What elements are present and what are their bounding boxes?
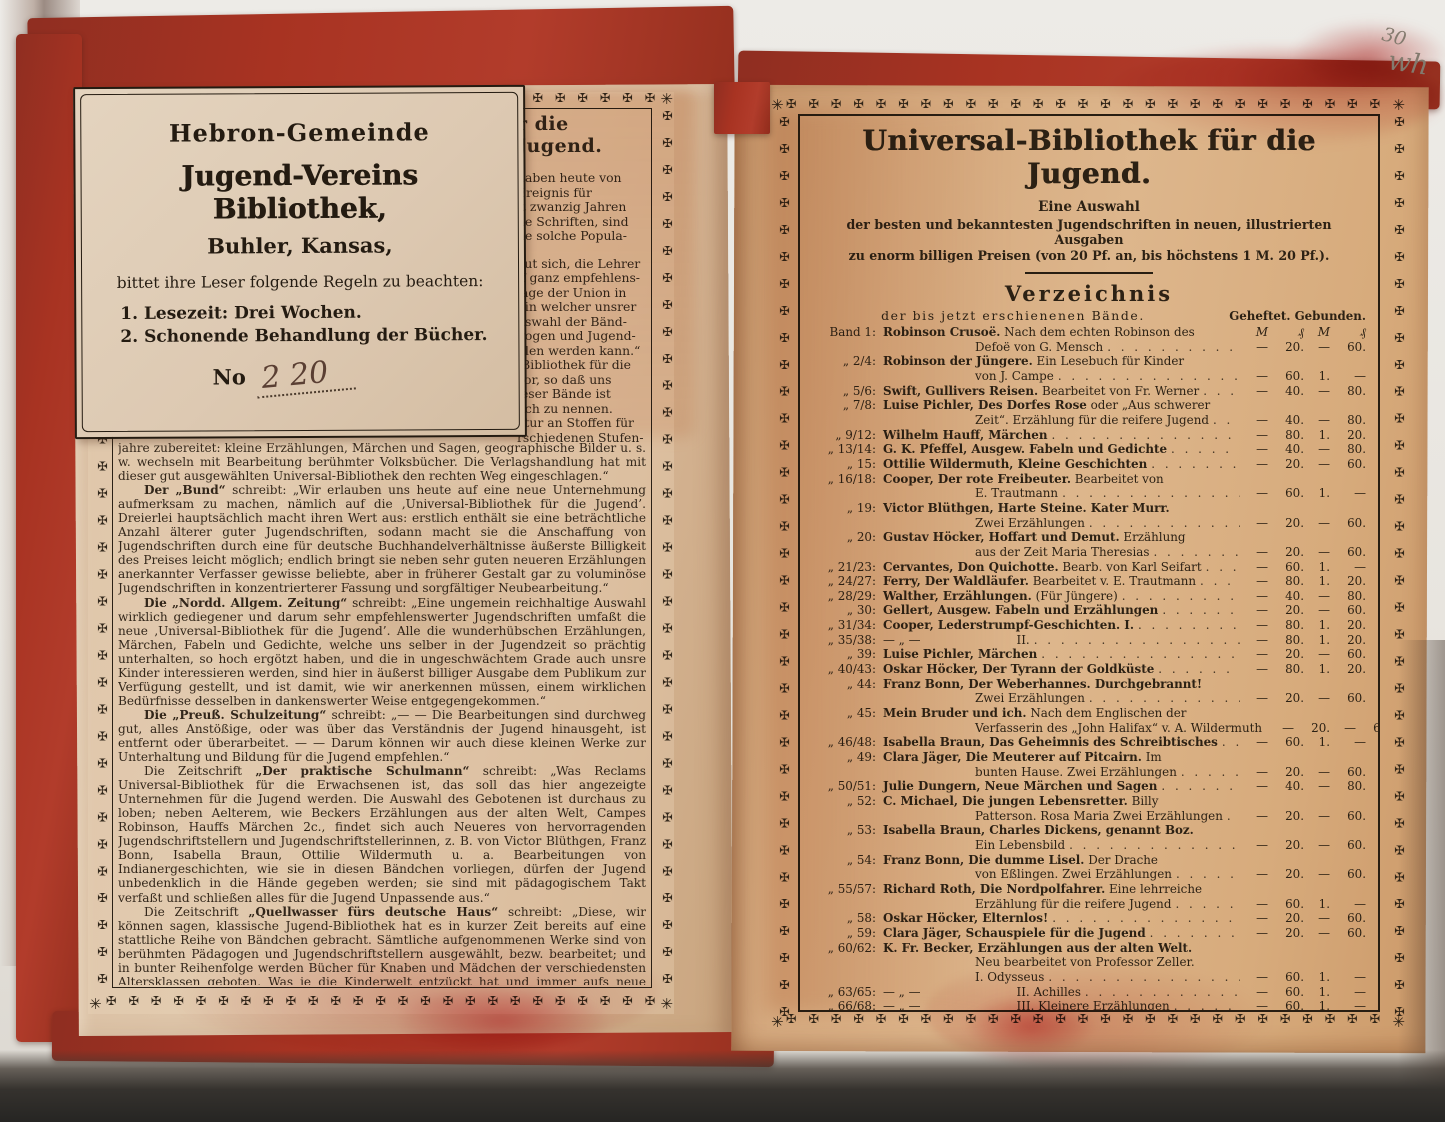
price-value: 60. bbox=[1330, 516, 1366, 531]
entry-rest: von J. Campe bbox=[975, 369, 1054, 383]
catalog-row: „ 63/65:— „ —II. Achilles . . . . . . . … bbox=[812, 985, 1366, 1000]
price-value: 20. bbox=[1268, 340, 1304, 355]
dot-leader: . . . . . . . . . . . . . . . . . . . . … bbox=[1051, 428, 1240, 443]
fragment-line: vor, so daß uns bbox=[517, 373, 649, 388]
catalog-line: „ 35/38:— „ —II. . . . . . . . . . . . .… bbox=[812, 633, 1366, 648]
price-value: 60. bbox=[1330, 838, 1366, 853]
catalog-row: „ 60/62:K. Fr. Becker, Erzählungen aus d… bbox=[812, 941, 1366, 985]
dot-leader: . . . . . . . . . . . . . . . . . . . . … bbox=[1052, 911, 1240, 926]
dot-leader: . . . . . . . . . . . . . . . . . . . . … bbox=[1222, 735, 1240, 750]
table-shadow bbox=[1398, 640, 1445, 1100]
entry-text: — „ —II. bbox=[883, 633, 1030, 648]
price-value: 60. bbox=[1330, 603, 1366, 618]
fragment-line: eut sich, die Lehrer bbox=[517, 257, 649, 272]
price-value: — bbox=[1304, 926, 1330, 941]
entry-rest: Nach dem echten Robinson des bbox=[1000, 325, 1194, 339]
dot-leader: . . . . . . . . . . . . . . . . . . . . … bbox=[1151, 457, 1240, 472]
entry-rest: Verfasserin des „John Halifax“ v. A. Wil… bbox=[975, 721, 1262, 735]
bookplate-congregation: Hebron-Gemeinde bbox=[101, 117, 497, 148]
entry-text: Luise Pichler, Des Dorfes Rose oder „Aus… bbox=[883, 398, 1210, 413]
price-value: 20. bbox=[1268, 926, 1304, 941]
entry-rest: Erzählung für die reifere Jugend bbox=[975, 897, 1171, 911]
price-value: 60. bbox=[1330, 809, 1366, 824]
price-value: 80. bbox=[1330, 413, 1366, 428]
subtitle-line: der besten und bekanntesten Jugendschrif… bbox=[812, 217, 1366, 247]
entry-text: Richard Roth, Die Nordpolfahrer. Eine le… bbox=[883, 882, 1202, 897]
entry-title: Richard Roth, Die Nordpolfahrer. bbox=[883, 882, 1105, 896]
currency-symbol: ₰ bbox=[1268, 325, 1304, 340]
catalog-line: „ 13/14:G. K. Pfeffel, Ausgew. Fabeln un… bbox=[812, 442, 1366, 457]
price-value: 60. bbox=[1330, 765, 1366, 780]
entry-rest: Ein Lebensbild bbox=[975, 838, 1065, 852]
price-value: 40. bbox=[1268, 384, 1304, 399]
entry-title: Julie Dungern, Neue Märchen und Sagen bbox=[883, 779, 1157, 793]
price-value: — bbox=[1242, 384, 1268, 399]
entry-text: Luise Pichler, Märchen bbox=[883, 647, 1037, 662]
dot-leader: . . . . . . . . . . . . . . . . . . . . … bbox=[1034, 633, 1240, 648]
catalog-line: Zwei Erzählungen . . . . . . . . . . . .… bbox=[812, 691, 1366, 706]
entry-text: Robinson der Jüngere. Ein Lesebuch für K… bbox=[883, 354, 1184, 369]
entry-text: Ferry, Der Waldläufer. Bearbeitet v. E. … bbox=[883, 574, 1196, 589]
catalog-line: „ 45:Mein Bruder und ich. Nach dem Engli… bbox=[812, 706, 1366, 721]
catalog-row: „ 46/48:Isabella Braun, Das Geheimnis de… bbox=[812, 735, 1366, 750]
dot-leader: . . . . . . . . . . . . . . . . . . . . … bbox=[1058, 369, 1240, 384]
catalog-line: „ 54:Franz Bonn, Die dumme Lisel. Der Dr… bbox=[812, 853, 1366, 868]
fragment-line: Ereignis für bbox=[517, 186, 649, 201]
price-value: — bbox=[1242, 574, 1268, 589]
band-number: „ 53: bbox=[812, 823, 883, 838]
catalog-line: Erzählung für die reifere Jugend . . . .… bbox=[812, 897, 1366, 912]
price-value: — bbox=[1304, 691, 1330, 706]
entry-rest: Billy bbox=[1128, 794, 1159, 808]
catalog-line: „ 58:Oskar Höcker, Elternlos! . . . . . … bbox=[812, 911, 1366, 926]
catalog-line: bunten Hause. Zwei Erzählungen . . . . .… bbox=[812, 765, 1366, 780]
paragraph-lead: „Quellwasser fürs deutsche Haus“ bbox=[248, 905, 498, 919]
entry-rest: Neu bearbeitet von Professor Zeller. bbox=[975, 955, 1195, 969]
band-number: „ 21/23: bbox=[812, 560, 883, 575]
entry-rest: Bearb. von Karl Seifart bbox=[1059, 560, 1202, 574]
catalog-line: „ 30:Gellert, Ausgew. Fabeln und Erzählu… bbox=[812, 603, 1366, 618]
catalog-row: „ 50/51:Julie Dungern, Neue Märchen und … bbox=[812, 779, 1366, 794]
price-value: 20. bbox=[1268, 516, 1304, 531]
catalog-line: „ 49:Clara Jäger, Die Meuterer auf Pitca… bbox=[812, 750, 1366, 765]
bookplate-rules: 1. Lesezeit: Drei Wochen. 2. Schonende B… bbox=[102, 302, 498, 347]
fragment-line: uswahl der Bänd- bbox=[517, 315, 649, 330]
dot-leader: . . . . . . . . . . . . . . . . . . . . … bbox=[1203, 384, 1240, 399]
fragment-line: hlen werden kann.“ bbox=[517, 344, 649, 359]
dot-leader: . . . . . . . . . . . . . . . . . . . . … bbox=[1089, 516, 1240, 531]
entry-title: Cervantes, Don Quichotte. bbox=[883, 560, 1059, 574]
price-value: — bbox=[1242, 369, 1268, 384]
catalog-line: Defoë von G. Mensch . . . . . . . . . . … bbox=[812, 340, 1366, 355]
price-value: — bbox=[1242, 735, 1268, 750]
entry-text: — „ —III. Kleinere Erzählungen bbox=[883, 999, 1170, 1012]
band-number: „ 7/8: bbox=[812, 398, 883, 413]
band-number: „ 35/38: bbox=[812, 633, 883, 648]
price-value: 80. bbox=[1330, 442, 1366, 457]
price-value: 20. bbox=[1268, 545, 1304, 560]
entry-text: von Eßlingen. Zwei Erzählungen bbox=[883, 867, 1172, 882]
right-page-rule-border: Universal-Bibliothek für die Jugend. Ein… bbox=[798, 114, 1380, 1012]
corner-rosette-icon: ✳ bbox=[89, 997, 102, 1012]
catalog-row: „ 5/6:Swift, Gullivers Reisen. Bearbeite… bbox=[812, 384, 1366, 399]
book-cover-edge-left bbox=[16, 34, 82, 1042]
entry-title: Victor Blüthgen, Harte Steine. Kater Mur… bbox=[883, 501, 1170, 515]
left-fragment-lines: haben heute vonEreignis fürit zwanzig Ja… bbox=[517, 171, 649, 445]
dot-leader: . . . . . . . . . . . . . . . . . . . . … bbox=[1048, 970, 1240, 985]
price-value: 20. bbox=[1330, 428, 1366, 443]
price-value: — bbox=[1304, 516, 1330, 531]
price-value: — bbox=[1242, 926, 1268, 941]
entry-rest: Im bbox=[1142, 750, 1162, 764]
dot-leader: . . . . . . . . . . . . . . . . . . . . … bbox=[1175, 897, 1240, 912]
dot-leader: . . . . . . . . . . . . . . . . . . . . … bbox=[1174, 999, 1240, 1012]
entry-rest: von Eßlingen. Zwei Erzählungen bbox=[975, 867, 1172, 881]
price-value: — bbox=[1304, 457, 1330, 472]
fragment-line: if ganz empfehlens- bbox=[517, 271, 649, 286]
price-value: 60. bbox=[1330, 457, 1366, 472]
bookplate-rule-1: 1. Lesezeit: Drei Wochen. bbox=[102, 302, 498, 324]
price-value: 20. bbox=[1268, 647, 1304, 662]
price-value: — bbox=[1242, 545, 1268, 560]
price-value: 60. bbox=[1268, 735, 1304, 750]
band-number: „ 9/12: bbox=[812, 428, 883, 443]
price-value: 20. bbox=[1330, 618, 1366, 633]
fragment-line: ne solche Popula- bbox=[517, 229, 649, 244]
price-value: 60. bbox=[1330, 911, 1366, 926]
entry-title: Cooper, Lederstrumpf-Geschichten. I. bbox=[883, 618, 1134, 632]
entry-part: III. Kleinere Erzählungen bbox=[1017, 999, 1170, 1012]
catalog-row: „ 55/57:Richard Roth, Die Nordpolfahrer.… bbox=[812, 882, 1366, 911]
catalog-line: I. Odysseus . . . . . . . . . . . . . . … bbox=[812, 970, 1366, 985]
catalog-row: „ 30:Gellert, Ausgew. Fabeln und Erzählu… bbox=[812, 603, 1366, 618]
price-value: 60. bbox=[1268, 985, 1304, 1000]
paragraph-text: schreibt: „Was Reclams Universal-Bibliot… bbox=[118, 764, 646, 904]
price-value: — bbox=[1242, 838, 1268, 853]
price-value: 20. bbox=[1268, 867, 1304, 882]
entry-text: Franz Bonn, Die dumme Lisel. Der Drache bbox=[883, 853, 1158, 868]
price-value: 60. bbox=[1268, 897, 1304, 912]
bookplate-location: Buhler, Kansas, bbox=[102, 232, 498, 259]
dot-leader: . . . . . . . . . . . . . . . . . . . . … bbox=[1122, 589, 1240, 604]
price-value: 40. bbox=[1268, 589, 1304, 604]
left-paragraphs: jahre zubereitet: kleine Erzählungen, Mä… bbox=[118, 441, 646, 985]
catalog-line: „ 9/12:Wilhelm Hauff, Märchen . . . . . … bbox=[812, 428, 1366, 443]
bookplate-number-label: No bbox=[213, 364, 246, 389]
band-number: „ 63/65: bbox=[812, 985, 883, 1000]
catalog-line: „ 20:Gustav Höcker, Hoffart und Demut. E… bbox=[812, 530, 1366, 545]
catalog-line: „ 5/6:Swift, Gullivers Reisen. Bearbeite… bbox=[812, 384, 1366, 399]
dot-leader: . . . . . . . . . . . . . . . . . . . . … bbox=[1227, 809, 1240, 824]
dot-leader: . . . . . . . . . . . . . . . . . . . . … bbox=[1107, 340, 1240, 355]
catalog-line: „ 46/48:Isabella Braun, Das Geheimnis de… bbox=[812, 735, 1366, 750]
catalog-line: „ 28/29:Walther, Erzählungen. (Für Jünge… bbox=[812, 589, 1366, 604]
entry-rest: Der Drache bbox=[1084, 853, 1157, 867]
fragment-line: lage der Union in bbox=[517, 286, 649, 301]
price-value: 20. bbox=[1268, 765, 1304, 780]
price-value: — bbox=[1242, 560, 1268, 575]
paragraph-text: jahre zubereitet: kleine Erzählungen, Mä… bbox=[118, 441, 646, 483]
catalog-row: „ 40/43:Oskar Höcker, Der Tyrann der Gol… bbox=[812, 662, 1366, 677]
paragraph-lead-pre: Die Zeitschrift bbox=[144, 905, 248, 919]
price-value: — bbox=[1330, 486, 1366, 501]
entry-title: Franz Bonn, Der Weberhannes. Durchgebran… bbox=[883, 677, 1202, 691]
entry-text: Wilhelm Hauff, Märchen bbox=[883, 428, 1047, 443]
book-cover-gutter bbox=[714, 82, 770, 134]
entry-text: Cooper, Lederstrumpf-Geschichten. I. bbox=[883, 618, 1134, 633]
entry-text: Victor Blüthgen, Harte Steine. Kater Mur… bbox=[883, 501, 1170, 516]
price-value: — bbox=[1242, 589, 1268, 604]
entry-title: Isabella Braun, Das Geheimnis des Schrei… bbox=[883, 735, 1218, 749]
price-value: 60. bbox=[1268, 999, 1304, 1012]
paragraph-lead: Der „Bund“ bbox=[144, 483, 226, 497]
catalog-line: von J. Campe . . . . . . . . . . . . . .… bbox=[812, 369, 1366, 384]
price-value: 60. bbox=[1330, 691, 1366, 706]
catalog-line: „ 52:C. Michael, Die jungen Lebensretter… bbox=[812, 794, 1366, 809]
catalog-row: „ 21/23:Cervantes, Don Quichotte. Bearb.… bbox=[812, 560, 1366, 575]
catalog-row: „ 24/27:Ferry, Der Waldläufer. Bearbeite… bbox=[812, 574, 1366, 589]
band-number: „ 24/27: bbox=[812, 574, 883, 589]
price-value: 80. bbox=[1330, 589, 1366, 604]
catalog-line: aus der Zeit Maria Theresias . . . . . .… bbox=[812, 545, 1366, 560]
band-number: „ 59: bbox=[812, 926, 883, 941]
price-value: 1. bbox=[1304, 618, 1330, 633]
entry-text: E. Trautmann bbox=[883, 486, 1058, 501]
dot-leader: . . . . . . . . . . . . . . . . . . . . … bbox=[1150, 926, 1240, 941]
entry-title: Gellert, Ausgew. Fabeln und Erzählungen bbox=[883, 603, 1158, 617]
catalog-line: „ 50/51:Julie Dungern, Neue Märchen und … bbox=[812, 779, 1366, 794]
price-value: 60. bbox=[1330, 867, 1366, 882]
price-value: — bbox=[1242, 691, 1268, 706]
entry-rest: (Für Jüngere) bbox=[1032, 589, 1118, 603]
entry-rest: aus der Zeit Maria Theresias bbox=[975, 545, 1149, 559]
entry-text: I. Odysseus bbox=[883, 970, 1044, 985]
band-number: „ 54: bbox=[812, 853, 883, 868]
band-number: „ 31/34: bbox=[812, 618, 883, 633]
fragment-line: haben heute von bbox=[517, 171, 649, 186]
entry-rest: — „ — bbox=[883, 985, 921, 999]
catalog-line: „ 21/23:Cervantes, Don Quichotte. Bearb.… bbox=[812, 560, 1366, 575]
entry-rest: Nach dem Englischen der bbox=[1027, 706, 1187, 720]
price-column-headers: Geheftet. Gebunden. bbox=[1214, 309, 1366, 323]
catalog-row: „ 52:C. Michael, Die jungen Lebensretter… bbox=[812, 794, 1366, 823]
band-number: „ 13/14: bbox=[812, 442, 883, 457]
entry-text: Verfasserin des „John Halifax“ v. A. Wil… bbox=[883, 721, 1262, 736]
entry-text: Cooper, Der rote Freibeuter. Bearbeitet … bbox=[883, 472, 1164, 487]
left-page-title-fragment: r die Jugend. bbox=[517, 113, 649, 157]
catalog-row: „ 16/18:Cooper, Der rote Freibeuter. Bea… bbox=[812, 472, 1366, 501]
paragraph: jahre zubereitet: kleine Erzählungen, Mä… bbox=[118, 441, 646, 483]
price-value: 80. bbox=[1268, 618, 1304, 633]
catalog-line: „ 24/27:Ferry, Der Waldläufer. Bearbeite… bbox=[812, 574, 1366, 589]
left-fragment-column: r die Jugend. haben heute vonEreignis fü… bbox=[517, 111, 649, 445]
catalog-line: „ 66/68:— „ —III. Kleinere Erzählungen .… bbox=[812, 999, 1366, 1012]
price-value: — bbox=[1304, 603, 1330, 618]
entry-title: Luise Pichler, Märchen bbox=[883, 647, 1037, 661]
band-number: „ 60/62: bbox=[812, 941, 883, 956]
band-number: „ 46/48: bbox=[812, 735, 883, 750]
price-value: — bbox=[1304, 765, 1330, 780]
price-value: — bbox=[1330, 735, 1366, 750]
catalog-row: „ 53:Isabella Braun, Charles Dickens, ge… bbox=[812, 823, 1366, 852]
fragment-line: atur an Stoffen für bbox=[517, 416, 649, 431]
catalog-row: „ 13/14:G. K. Pfeffel, Ausgew. Fabeln un… bbox=[812, 442, 1366, 457]
price-value: 60. bbox=[1268, 560, 1304, 575]
catalog-line: „ 59:Clara Jäger, Schauspiele für die Ju… bbox=[812, 926, 1366, 941]
corner-rosette-icon: ✳ bbox=[660, 997, 673, 1012]
entry-rest: oder „Aus schwerer bbox=[1087, 398, 1210, 412]
price-value: — bbox=[1268, 721, 1294, 736]
price-value: 80. bbox=[1330, 384, 1366, 399]
price-value: 60. bbox=[1330, 545, 1366, 560]
entry-title: Ferry, Der Waldläufer. bbox=[883, 574, 1029, 588]
bookplate-number-row: No 2 20 bbox=[103, 359, 499, 395]
entry-rest: Eine lehrreiche bbox=[1105, 882, 1202, 896]
catalog-row: „ 20:Gustav Höcker, Hoffart und Demut. E… bbox=[812, 530, 1366, 559]
catalog-row: „ 54:Franz Bonn, Die dumme Lisel. Der Dr… bbox=[812, 853, 1366, 882]
catalog-line: „ 7/8:Luise Pichler, Des Dorfes Rose ode… bbox=[812, 398, 1366, 413]
fragment-line: , in welcher unsrer bbox=[517, 300, 649, 315]
entry-title: Cooper, Der rote Freibeuter. bbox=[883, 472, 1071, 486]
price-value: 40. bbox=[1268, 413, 1304, 428]
price-value: — bbox=[1304, 809, 1330, 824]
catalog-row: „ 31/34:Cooper, Lederstrumpf-Geschichten… bbox=[812, 618, 1366, 633]
catalog-row: „ 66/68:— „ —III. Kleinere Erzählungen .… bbox=[812, 999, 1366, 1012]
fragment-line: lich zu nennen. bbox=[517, 402, 649, 417]
ornament-border-top: ✠ ✠ ✠ ✠ ✠ ✠ ✠ ✠ ✠ ✠ ✠ ✠ ✠ ✠ ✠ ✠ ✠ ✠ ✠ ✠ … bbox=[786, 98, 1390, 115]
price-value: — bbox=[1242, 516, 1268, 531]
catalog-line: „ 16/18:Cooper, Der rote Freibeuter. Bea… bbox=[812, 472, 1366, 487]
band-number: „ 39: bbox=[812, 647, 883, 662]
catalog-row: „ 7/8:Luise Pichler, Des Dorfes Rose ode… bbox=[812, 398, 1366, 427]
section-heading: Verzeichnis bbox=[812, 281, 1366, 306]
price-value: 1. bbox=[1304, 633, 1330, 648]
entry-text: Zwei Erzählungen bbox=[883, 516, 1085, 531]
price-value: 1. bbox=[1304, 970, 1330, 985]
entry-rest: Erzählung bbox=[1120, 530, 1186, 544]
entry-text: Oskar Höcker, Der Tyrann der Goldküste bbox=[883, 662, 1154, 677]
corner-rosette-icon: ✳ bbox=[660, 92, 673, 107]
price-value: — bbox=[1304, 589, 1330, 604]
pencil-note: wh bbox=[1386, 45, 1430, 81]
price-value: — bbox=[1242, 647, 1268, 662]
entry-text: Swift, Gullivers Reisen. Bearbeitet von … bbox=[883, 384, 1199, 399]
fragment-line: he Schriften, sind bbox=[517, 215, 649, 230]
dot-leader: . . . . . . . . . . . . . . . . . . . . … bbox=[1041, 647, 1240, 662]
catalog-row: „ 58:Oskar Höcker, Elternlos! . . . . . … bbox=[812, 911, 1366, 926]
entry-title: Walther, Erzählungen. bbox=[883, 589, 1032, 603]
price-value: 1. bbox=[1304, 428, 1330, 443]
band-number: „ 30: bbox=[812, 603, 883, 618]
catalog-row: „ 45:Mein Bruder und ich. Nach dem Engli… bbox=[812, 706, 1366, 735]
entry-title: Oskar Höcker, Elternlos! bbox=[883, 911, 1048, 925]
price-value: — bbox=[1304, 545, 1330, 560]
catalog-line: „ 40/43:Oskar Höcker, Der Tyrann der Gol… bbox=[812, 662, 1366, 677]
catalog-row: „ 39:Luise Pichler, Märchen . . . . . . … bbox=[812, 647, 1366, 662]
paragraph: Die Zeitschrift „Der praktische Schulman… bbox=[118, 764, 646, 904]
catalog-line: Band 1:Robinson Crusoë. Nach dem echten … bbox=[812, 325, 1366, 340]
price-value: 1. bbox=[1304, 574, 1330, 589]
catalog-row: „ 19:Victor Blüthgen, Harte Steine. Kate… bbox=[812, 501, 1366, 530]
paragraph-lead-pre: Die Zeitschrift bbox=[144, 764, 255, 778]
catalog-line: „ 15:Ottilie Wildermuth, Kleine Geschich… bbox=[812, 457, 1366, 472]
price-value: — bbox=[1330, 999, 1366, 1012]
fragment-line: gogen und Jugend- bbox=[517, 329, 649, 344]
bookplate-rule-2: 2. Schonende Behandlung der Bücher. bbox=[102, 325, 498, 347]
entry-title: K. Fr. Becker, Erzählungen aus der alten… bbox=[883, 941, 1192, 955]
price-value: 1. bbox=[1304, 560, 1330, 575]
ornament-border-bottom: ✠ ✠ ✠ ✠ ✠ ✠ ✠ ✠ ✠ ✠ ✠ ✠ ✠ ✠ ✠ ✠ ✠ ✠ ✠ ✠ … bbox=[106, 995, 656, 1012]
paragraph: Die „Nordd. Allgem. Zeitung“ schreibt: „… bbox=[118, 596, 646, 708]
price-value: 20. bbox=[1268, 809, 1304, 824]
price-value: — bbox=[1304, 867, 1330, 882]
catalog-row: „ 15:Ottilie Wildermuth, Kleine Geschich… bbox=[812, 457, 1366, 472]
ornament-border-right: ✠ ✠ ✠ ✠ ✠ ✠ ✠ ✠ ✠ ✠ ✠ ✠ ✠ ✠ ✠ ✠ ✠ ✠ ✠ ✠ … bbox=[654, 108, 673, 998]
fragment-line: it zwanzig Jahren bbox=[517, 200, 649, 215]
subtitle-line: Eine Auswahl bbox=[812, 199, 1366, 215]
fragment-line bbox=[517, 244, 649, 257]
band-number: „ 15: bbox=[812, 457, 883, 472]
subtitle-line: zu enorm billigen Preisen (von 20 Pf. an… bbox=[812, 248, 1366, 263]
entry-text: Erzählung für die reifere Jugend bbox=[883, 897, 1171, 912]
price-value: — bbox=[1304, 779, 1330, 794]
price-value: — bbox=[1330, 970, 1366, 985]
price-value: 80. bbox=[1268, 662, 1304, 677]
catalog-row: „ 49:Clara Jäger, Die Meuterer auf Pitca… bbox=[812, 750, 1366, 779]
dot-leader: . . . . . . . . . . . . . . . . . . . . … bbox=[1171, 442, 1240, 457]
entry-title: Mein Bruder und ich. bbox=[883, 706, 1027, 720]
entry-title: Robinson Crusoë. bbox=[883, 325, 1000, 339]
fragment-line: -Bibliothek für die bbox=[517, 358, 649, 373]
catalog-line: Patterson. Rosa Maria Zwei Erzählungen .… bbox=[812, 809, 1366, 824]
entry-rest: Zwei Erzählungen bbox=[975, 516, 1085, 530]
catalog-line: „ 2/4:Robinson der Jüngere. Ein Lesebuch… bbox=[812, 354, 1366, 369]
price-value: 1. bbox=[1304, 369, 1330, 384]
catalog-row: „ 44:Franz Bonn, Der Weberhannes. Durchg… bbox=[812, 677, 1366, 706]
catalog-line: Ein Lebensbild . . . . . . . . . . . . .… bbox=[812, 838, 1366, 853]
corner-rosette-icon: ✳ bbox=[771, 1015, 784, 1030]
entry-text: Robinson Crusoë. Nach dem echten Robinso… bbox=[883, 325, 1195, 340]
price-value: — bbox=[1304, 442, 1330, 457]
price-value: — bbox=[1242, 911, 1268, 926]
band-number: „ 50/51: bbox=[812, 779, 883, 794]
price-value: — bbox=[1242, 413, 1268, 428]
bookplate-notice: bittet ihre Leser folgende Regeln zu bea… bbox=[102, 272, 498, 292]
paragraph-lead: Die „Nordd. Allgem. Zeitung“ bbox=[144, 596, 347, 610]
dot-leader: . . . . . . . . . . . . . . . . . . . . … bbox=[1200, 574, 1240, 589]
currency-symbol: ₰ bbox=[1330, 325, 1366, 340]
currency-symbol: M bbox=[1242, 325, 1268, 340]
entry-rest: Zwei Erzählungen bbox=[975, 691, 1085, 705]
catalog-row: Band 1:Robinson Crusoë. Nach dem echten … bbox=[812, 325, 1366, 354]
price-value: — bbox=[1304, 413, 1330, 428]
dot-leader: . . . . . . . . . . . . . . . . . . . . … bbox=[1153, 545, 1240, 560]
price-value: — bbox=[1242, 618, 1268, 633]
dot-leader: . . . . . . . . . . . . . . . . . . . . … bbox=[1062, 486, 1240, 501]
entry-title: G. K. Pfeffel, Ausgew. Fabeln und Gedich… bbox=[883, 442, 1167, 456]
catalog-line: „ 31/34:Cooper, Lederstrumpf-Geschichten… bbox=[812, 618, 1366, 633]
price-value: 80. bbox=[1268, 633, 1304, 648]
dot-leader: . . . . . . . . . . . . . . . . . . . . … bbox=[1206, 560, 1240, 575]
price-value: 20. bbox=[1268, 691, 1304, 706]
entry-rest: E. Trautmann bbox=[975, 486, 1058, 500]
entry-text: bunten Hause. Zwei Erzählungen bbox=[883, 765, 1177, 780]
paragraph-text: schreibt: „Wir erlauben uns heute auf ei… bbox=[118, 483, 646, 595]
entry-title: Oskar Höcker, Der Tyrann der Goldküste bbox=[883, 662, 1154, 676]
catalog-row: „ 28/29:Walther, Erzählungen. (Für Jünge… bbox=[812, 589, 1366, 604]
price-value: 80. bbox=[1330, 779, 1366, 794]
band-number: „ 55/57: bbox=[812, 882, 883, 897]
